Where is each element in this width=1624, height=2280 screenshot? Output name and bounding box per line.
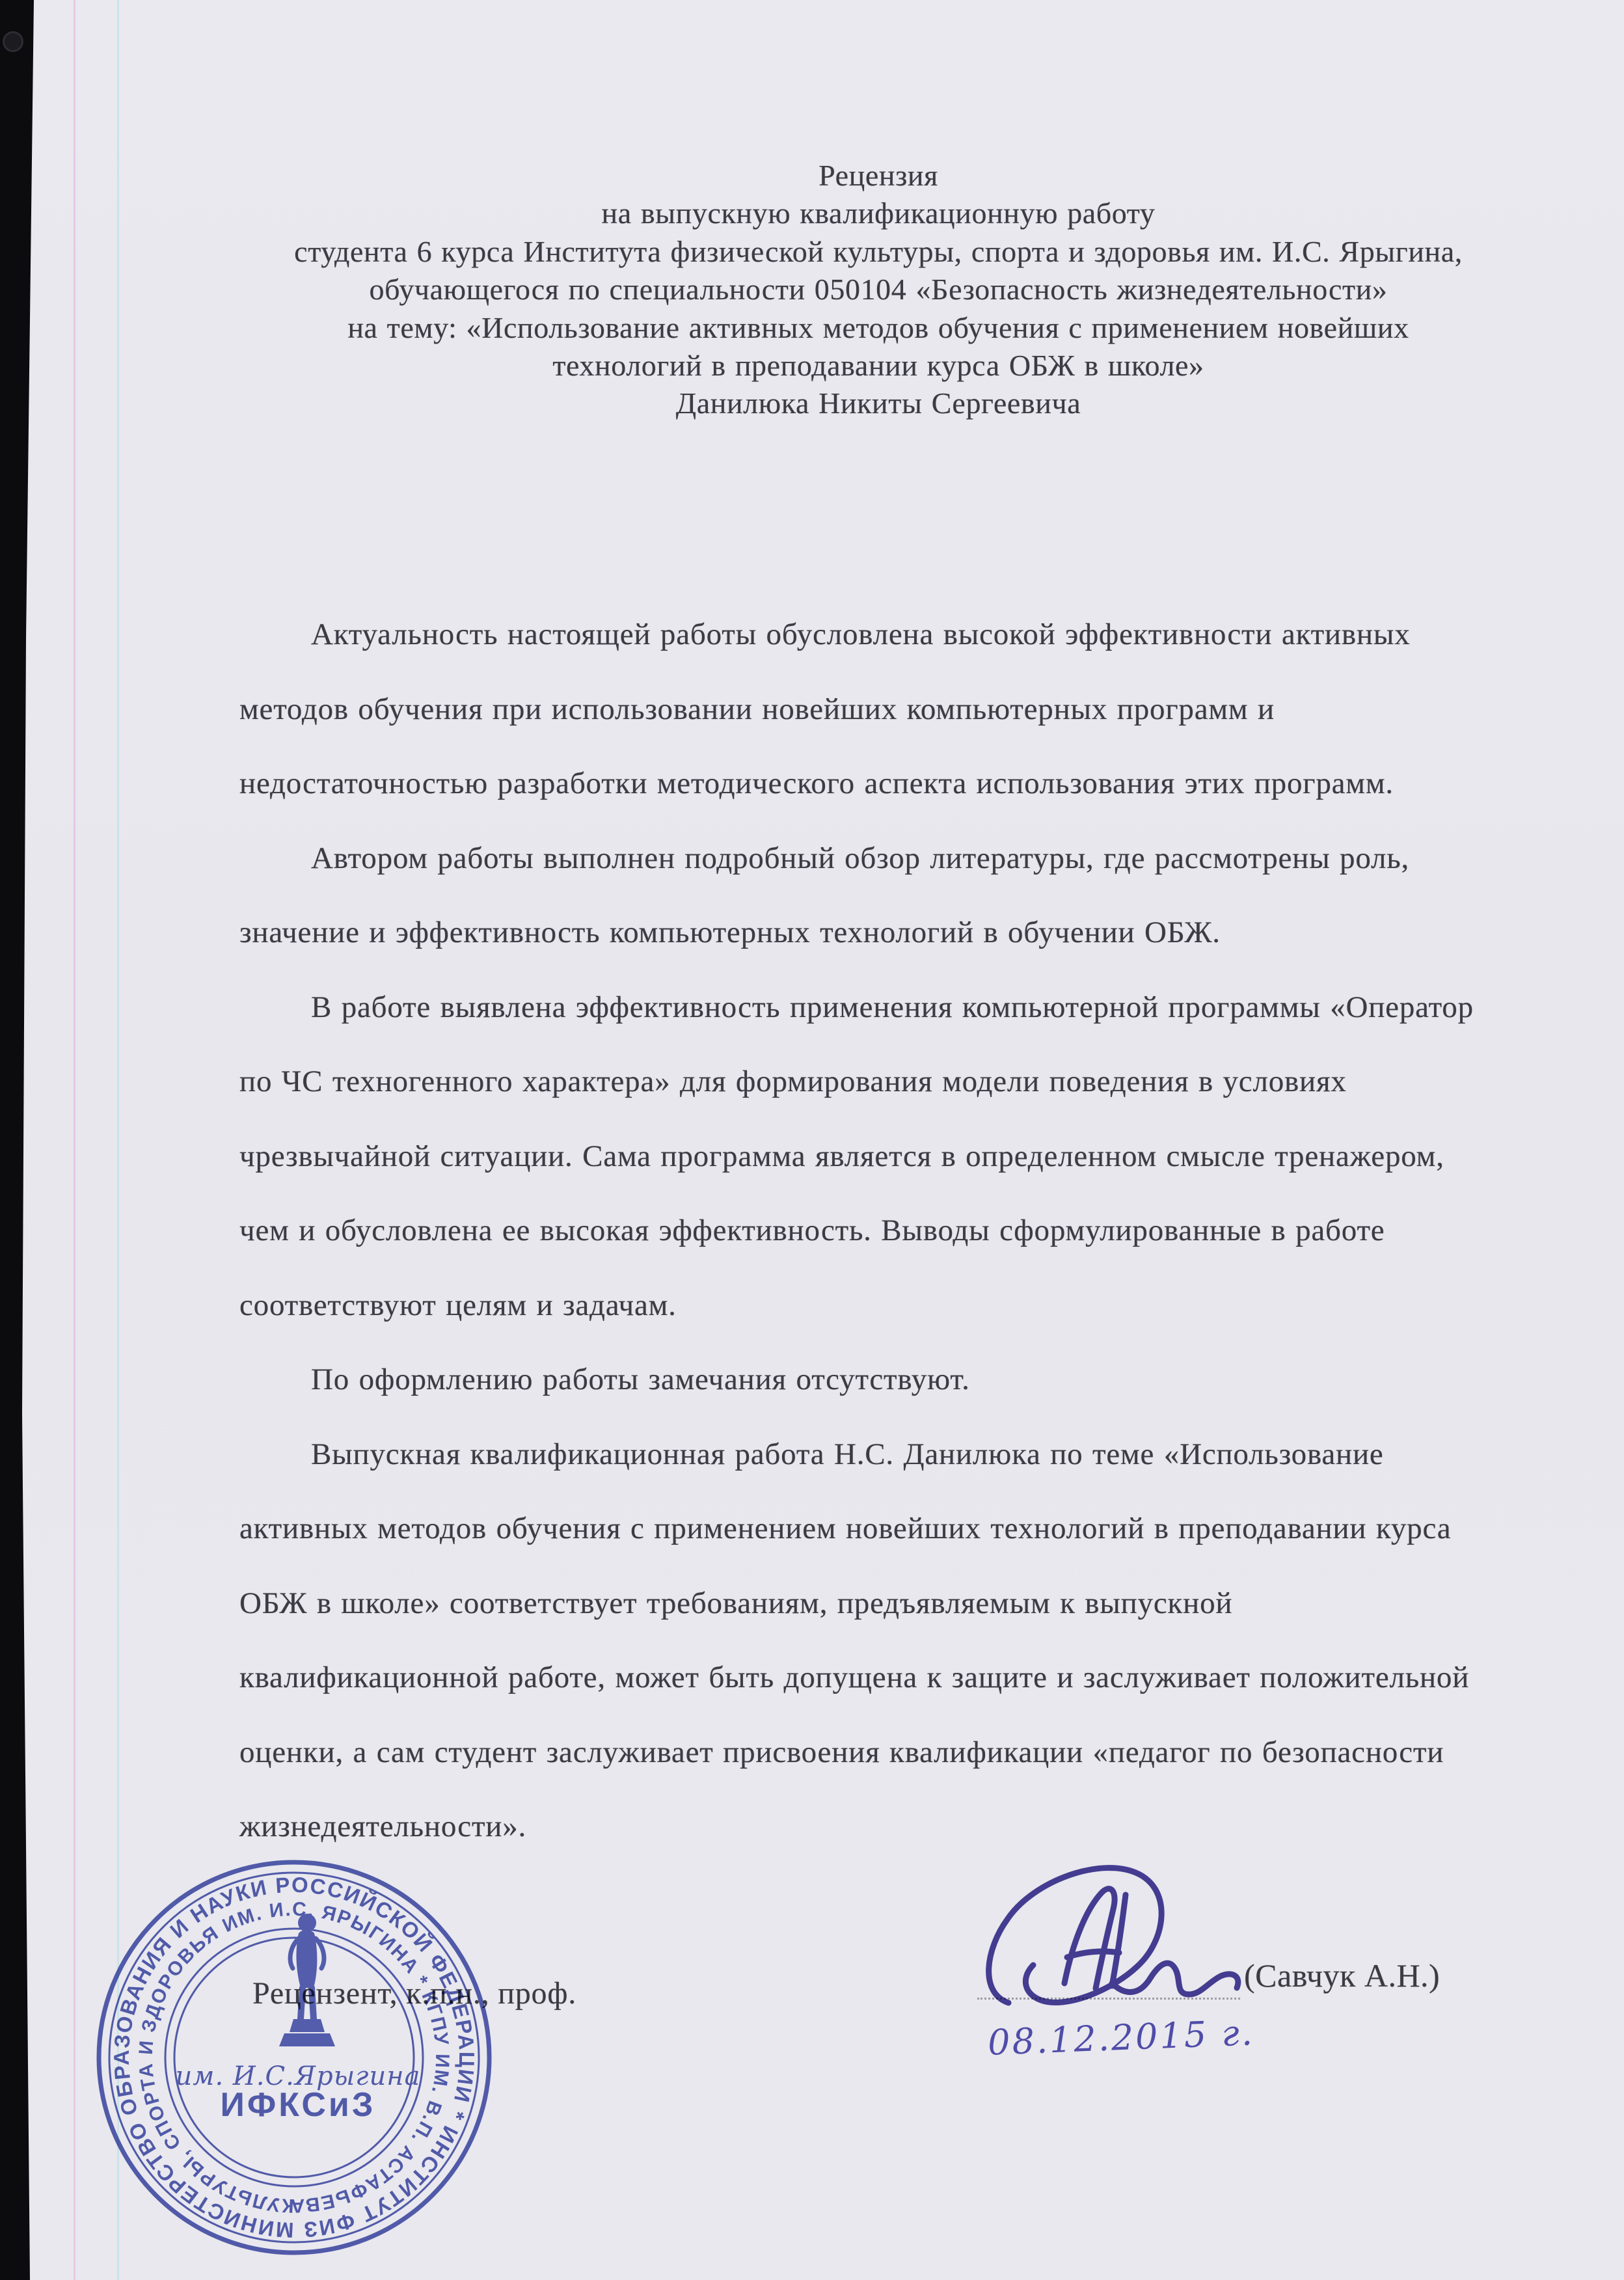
body-line: недостаточностью разработки методическог…: [239, 746, 1560, 821]
body-line: значение и эффективность компьютерных те…: [239, 895, 1560, 970]
stamp-outer-circle: [99, 1862, 489, 2253]
body-line: оценки, а сам студент заслуживает присво…: [239, 1715, 1560, 1790]
scanner-background: { "header": { "lines": [ "Рецензия", "на…: [0, 0, 1624, 2280]
signature-stroke: [1112, 1963, 1238, 1994]
handwritten-signature: [969, 1854, 1282, 2037]
title-line: на тему: «Использование активных методов…: [195, 309, 1562, 347]
body-line: методов обучения при использовании новей…: [239, 672, 1560, 747]
body-line: чрезвычайной ситуации. Сама программа яв…: [239, 1119, 1560, 1194]
scanner-edge-dot: [3, 31, 23, 52]
title-line: Данилюка Никиты Сергеевича: [195, 385, 1562, 422]
signature-stroke: [1067, 1951, 1119, 1957]
body-line: соответствуют целям и задачам.: [239, 1268, 1560, 1343]
title-line: технологий в преподавании курса ОБЖ в шк…: [195, 347, 1562, 385]
body-line: ОБЖ в школе» соответствует требованиям, …: [239, 1566, 1560, 1641]
body-line: Выпускная квалификационная работа Н.С. Д…: [239, 1417, 1560, 1492]
title-block: Рецензия на выпускную квалификационную р…: [195, 157, 1562, 423]
body-line: В работе выявлена эффективность применен…: [239, 970, 1560, 1045]
stamp-inner-circle-2: [174, 1938, 414, 2177]
title-line: на выпускную квалификационную работу: [195, 195, 1562, 232]
body-line: По оформлению работы замечания отсутству…: [239, 1342, 1560, 1417]
body-line: по ЧС техногенного характера» для формир…: [239, 1044, 1560, 1119]
body-line: чем и обусловлена ее высокая эффективнос…: [239, 1193, 1560, 1268]
body-line: жизнедеятельности».: [239, 1789, 1560, 1864]
title-line: студента 6 курса Института физической ку…: [195, 233, 1562, 271]
institution-stamp: МИНИСТЕРСТВО ОБРАЗОВАНИЯ И НАУКИ РОССИЙС…: [92, 1856, 498, 2262]
body-line: Автором работы выполнен подробный обзор …: [239, 821, 1560, 896]
body-line: активных методов обучения с применением …: [239, 1491, 1560, 1566]
body-line: квалификационной работе, может быть допу…: [239, 1640, 1560, 1715]
review-text: Актуальность настоящей работы обусловлен…: [239, 597, 1560, 1864]
signature-stroke: [1064, 1889, 1115, 1988]
title-line: обучающегося по специальности 050104 «Бе…: [195, 271, 1562, 308]
document-page: Рецензия на выпускную квалификационную р…: [0, 0, 1624, 2280]
stamp-abbr-text: ИФКСиЗ: [221, 2086, 376, 2124]
scanner-artifact-pink-line: [74, 0, 75, 2280]
body-line: Актуальность настоящей работы обусловлен…: [239, 597, 1560, 672]
title-line: Рецензия: [195, 157, 1562, 195]
